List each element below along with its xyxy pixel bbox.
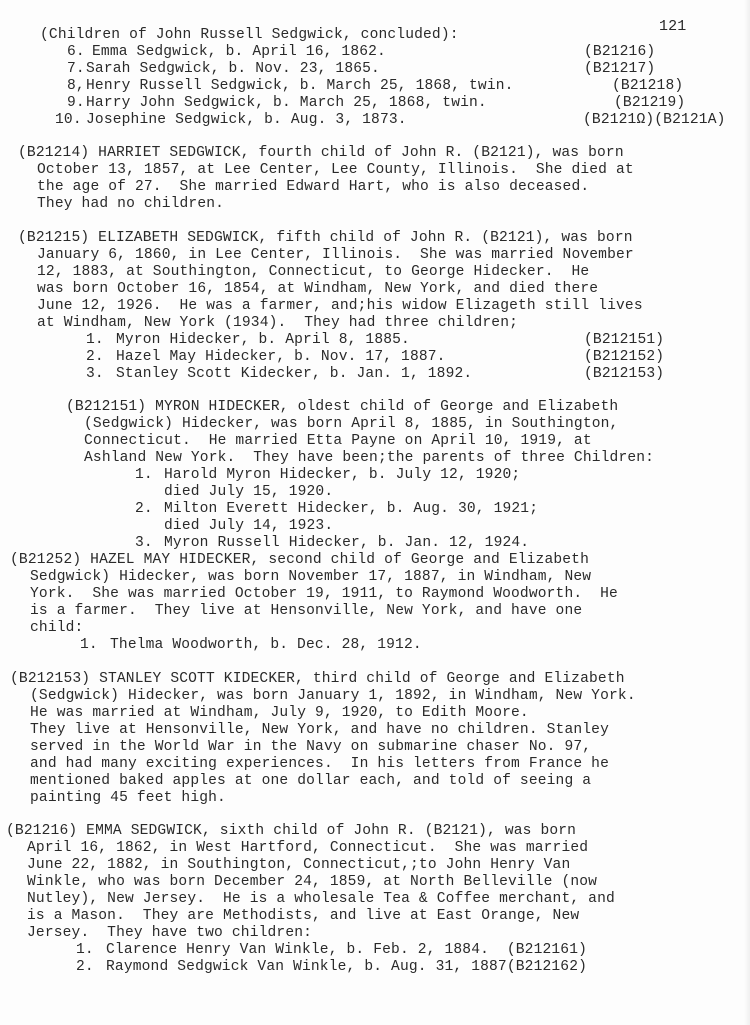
child-text: Hazel May Hidecker, b. Nov. 17, 1887. bbox=[116, 349, 446, 366]
entry-line: (Sedgwick) Hidecker, was born April 8, 1… bbox=[84, 416, 618, 433]
child-text: Harold Myron Hidecker, b. July 12, 1920; bbox=[164, 467, 520, 484]
typewritten-page: 121 (Children of John Russell Sedgwick, … bbox=[0, 0, 750, 1025]
child-text: Milton Everett Hidecker, b. Aug. 30, 192… bbox=[164, 501, 538, 518]
child-ref: (B212153) bbox=[584, 366, 664, 383]
entry-line: January 6, 1860, in Lee Center, Illinois… bbox=[37, 247, 634, 264]
child-text: Raymond Sedgwick Van Winkle, b. Aug. 31,… bbox=[106, 959, 587, 976]
entry-line: at Windham, New York (1934). They had th… bbox=[37, 315, 518, 332]
child-number: 3. bbox=[135, 535, 153, 552]
entry-line: is a farmer. They live at Hensonville, N… bbox=[30, 603, 582, 620]
list-item-text: Henry Russell Sedgwick, b. March 25, 186… bbox=[86, 78, 514, 95]
list-item-text: Emma Sedgwick, b. April 16, 1862. bbox=[92, 44, 386, 61]
child-text: Stanley Scott Kidecker, b. Jan. 1, 1892. bbox=[116, 366, 472, 383]
entry-line: (Sedgwick) Hidecker, was born January 1,… bbox=[30, 688, 636, 705]
entry-line: (B212153) STANLEY SCOTT KIDECKER, third … bbox=[10, 671, 625, 688]
entry-line: mentioned baked apples at one dollar eac… bbox=[30, 773, 591, 790]
child-number: 1. bbox=[80, 637, 98, 654]
page-number: 121 bbox=[659, 18, 686, 35]
entry-line: painting 45 feet high. bbox=[30, 790, 226, 807]
child-number: 2. bbox=[86, 349, 104, 366]
list-item-number: 9. bbox=[67, 95, 85, 112]
child-number: 1. bbox=[86, 332, 104, 349]
child-number: 1. bbox=[135, 467, 153, 484]
entry-line: (B21216) EMMA SEDGWICK, sixth child of J… bbox=[6, 823, 576, 840]
child-number: 3. bbox=[86, 366, 104, 383]
entry-line: (B21215) ELIZABETH SEDGWICK, fifth child… bbox=[18, 230, 633, 247]
section-header: (Children of John Russell Sedgwick, conc… bbox=[40, 27, 459, 44]
child-number: 1. bbox=[76, 942, 94, 959]
entry-line: (B212151) MYRON HIDECKER, oldest child o… bbox=[66, 399, 618, 416]
entry-line: Jersey. They have two children: bbox=[27, 925, 312, 942]
list-item-ref: (B21217) bbox=[584, 61, 655, 78]
entry-line: and had many exciting experiences. In hi… bbox=[30, 756, 609, 773]
entry-line: child: bbox=[30, 620, 83, 637]
entry-line: 12, 1883, at Southington, Connecticut, t… bbox=[37, 264, 589, 281]
entry-line: June 22, 1882, in Southington, Connectic… bbox=[27, 857, 570, 874]
entry-line: the age of 27. She married Edward Hart, … bbox=[37, 179, 589, 196]
child-text: Clarence Henry Van Winkle, b. Feb. 2, 18… bbox=[106, 942, 587, 959]
list-item-number: 8, bbox=[67, 78, 85, 95]
entry-line: was born October 16, 1854, at Windham, N… bbox=[37, 281, 598, 298]
entry-line: He was married at Windham, July 9, 1920,… bbox=[30, 705, 529, 722]
entry-line: June 12, 1926. He was a farmer, and;his … bbox=[37, 298, 643, 315]
entry-line: October 13, 1857, at Lee Center, Lee Cou… bbox=[37, 162, 634, 179]
entry-line: Connecticut. He married Etta Payne on Ap… bbox=[84, 433, 592, 450]
child-text: Thelma Woodworth, b. Dec. 28, 1912. bbox=[110, 637, 422, 654]
page-edge-shadow bbox=[744, 0, 750, 1025]
child-text-cont: died July 15, 1920. bbox=[164, 484, 333, 501]
entry-line: Sedgwick) Hidecker, was born November 17… bbox=[30, 569, 591, 586]
child-number: 2. bbox=[76, 959, 94, 976]
entry-line: is a Mason. They are Methodists, and liv… bbox=[27, 908, 579, 925]
child-text-cont: died July 14, 1923. bbox=[164, 518, 333, 535]
list-item-number: 7. bbox=[67, 61, 85, 78]
list-item-ref: (B21218) bbox=[612, 78, 683, 95]
entry-line: (B21252) HAZEL MAY HIDECKER, second chil… bbox=[10, 552, 589, 569]
list-item-text: Sarah Sedgwick, b. Nov. 23, 1865. bbox=[86, 61, 380, 78]
entry-line: York. She was married October 19, 1911, … bbox=[30, 586, 618, 603]
list-item-ref: (B21219) bbox=[614, 95, 685, 112]
entry-line: Nutley), New Jersey. He is a wholesale T… bbox=[27, 891, 615, 908]
child-ref: (B212151) bbox=[584, 332, 664, 349]
entry-line: (B21214) HARRIET SEDGWICK, fourth child … bbox=[18, 145, 624, 162]
entry-line: April 16, 1862, in West Hartford, Connec… bbox=[27, 840, 588, 857]
list-item-number: 10. bbox=[55, 112, 82, 129]
child-number: 2. bbox=[135, 501, 153, 518]
entry-line: They had no children. bbox=[37, 196, 224, 213]
child-text: Myron Russell Hidecker, b. Jan. 12, 1924… bbox=[164, 535, 529, 552]
entry-line: Winkle, who was born December 24, 1859, … bbox=[27, 874, 597, 891]
list-item-text: Harry John Sedgwick, b. March 25, 1868, … bbox=[86, 95, 487, 112]
list-item-text: Josephine Sedgwick, b. Aug. 3, 1873. bbox=[86, 112, 407, 129]
entry-line: Ashland New York. They have been;the par… bbox=[84, 450, 654, 467]
list-item-ref: (B21216) bbox=[584, 44, 655, 61]
child-text: Myron Hidecker, b. April 8, 1885. bbox=[116, 332, 410, 349]
entry-line: served in the World War in the Navy on s… bbox=[30, 739, 591, 756]
list-item-ref: (B2121Ω)(B2121A) bbox=[583, 112, 726, 129]
entry-line: They live at Hensonville, New York, and … bbox=[30, 722, 609, 739]
child-ref: (B212152) bbox=[584, 349, 664, 366]
list-item-number: 6. bbox=[67, 44, 85, 61]
